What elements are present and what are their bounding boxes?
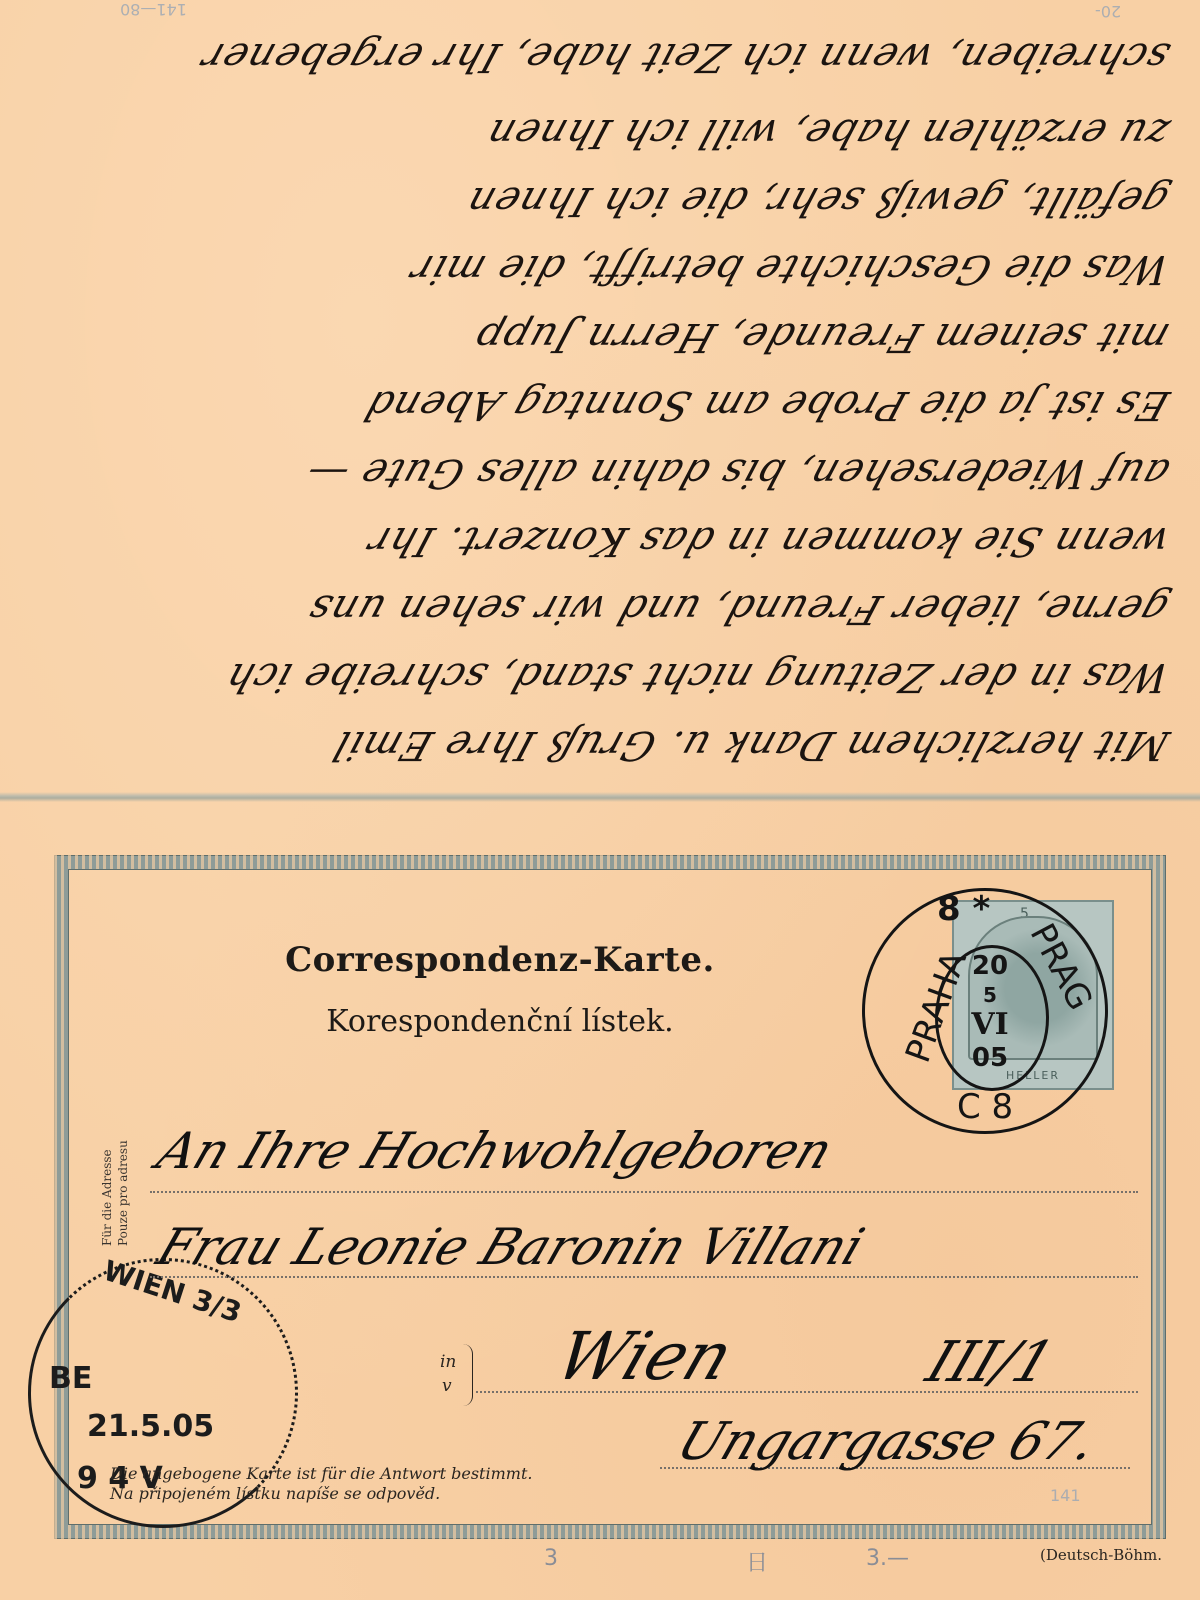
postmark-month: VI — [945, 1007, 1035, 1042]
brace — [462, 1344, 473, 1406]
message-line: gefällt, gewiß sehr, die ich Ihnen — [20, 164, 1179, 224]
postmark-praha: PRAHA 8 * PRAG C 8 20 5 VI 05 — [862, 888, 1108, 1134]
in-label: in — [440, 1352, 456, 1372]
message-line: mit seinem Freunde, Herrn Jupp — [20, 300, 1179, 360]
card-fold-line — [0, 792, 1200, 802]
footnote-czech: Na připojeném lístku napíše se odpověd. — [110, 1484, 440, 1503]
pencil-mark-top-left: 141—80 — [120, 0, 187, 19]
address-salutation: An Ihre Hochwohlgeboren — [149, 1122, 840, 1180]
message-line: wenn Sie kommen in das Konzert. Ihr — [20, 504, 1179, 564]
postmark-wien-office: BE — [49, 1361, 92, 1396]
message-line: zu erzählen habe, will ich Ihnen — [20, 96, 1179, 156]
pencil-mark-bottom: 3 — [544, 1546, 558, 1571]
handwritten-message: Mit herzlichem Dank u. Gruß Ihre Emil Wa… — [10, 6, 1190, 776]
message-line: Mit herzlichem Dank u. Gruß Ihre Emil — [20, 708, 1179, 768]
message-line: Was in der Zeitung nicht stand, schreibe… — [20, 640, 1179, 700]
postmark-year: 05 — [945, 1043, 1035, 1073]
postmark-ring-bottom: C 8 — [957, 1087, 1013, 1127]
message-side: Mit herzlichem Dank u. Gruß Ihre Emil Wa… — [0, 0, 1200, 790]
footnote-german: Die angebogene Karte ist für die Antwort… — [110, 1464, 532, 1483]
publisher-imprint: (Deutsch-Böhm. — [1040, 1546, 1162, 1564]
pencil-mark-bottom: 3.— — [866, 1546, 909, 1571]
message-line: auf Wiedersehen, bis dahin alles Gute — — [20, 436, 1179, 496]
pencil-mark-right: 141 — [1050, 1486, 1081, 1505]
message-line: gerne, lieber Freund, und wir sehen uns — [20, 572, 1179, 632]
address-district: III/1 — [918, 1330, 1063, 1395]
address-recipient: Frau Leonie Baronin Villani — [149, 1218, 871, 1276]
postmark-wien-date: 21.5.05 — [87, 1409, 214, 1444]
address-line-1 — [150, 1190, 1138, 1193]
side-label-german: Für die Adresse — [100, 1116, 114, 1246]
postmark-ring-top: 8 * — [937, 889, 990, 929]
postmark-day: 20 — [945, 951, 1035, 981]
postmark-hour: 5 — [945, 983, 1035, 1007]
message-line: Es ist ja die Probe am Sonntag Abend — [20, 368, 1179, 428]
pencil-mark-top-right: 20- — [1095, 2, 1121, 21]
message-line: schreiben, wenn ich Zeit habe, Ihr ergeb… — [20, 20, 1179, 80]
message-line: Was die Geschichte betrifft, die mir — [20, 232, 1179, 292]
v-label: v — [442, 1376, 452, 1396]
address-street: Ungargasse 67. — [669, 1412, 1105, 1472]
pencil-mark-bottom: 日 — [746, 1546, 768, 1577]
address-city: Wien — [546, 1318, 743, 1395]
side-label-czech: Pouze pro adresu — [116, 1116, 130, 1246]
